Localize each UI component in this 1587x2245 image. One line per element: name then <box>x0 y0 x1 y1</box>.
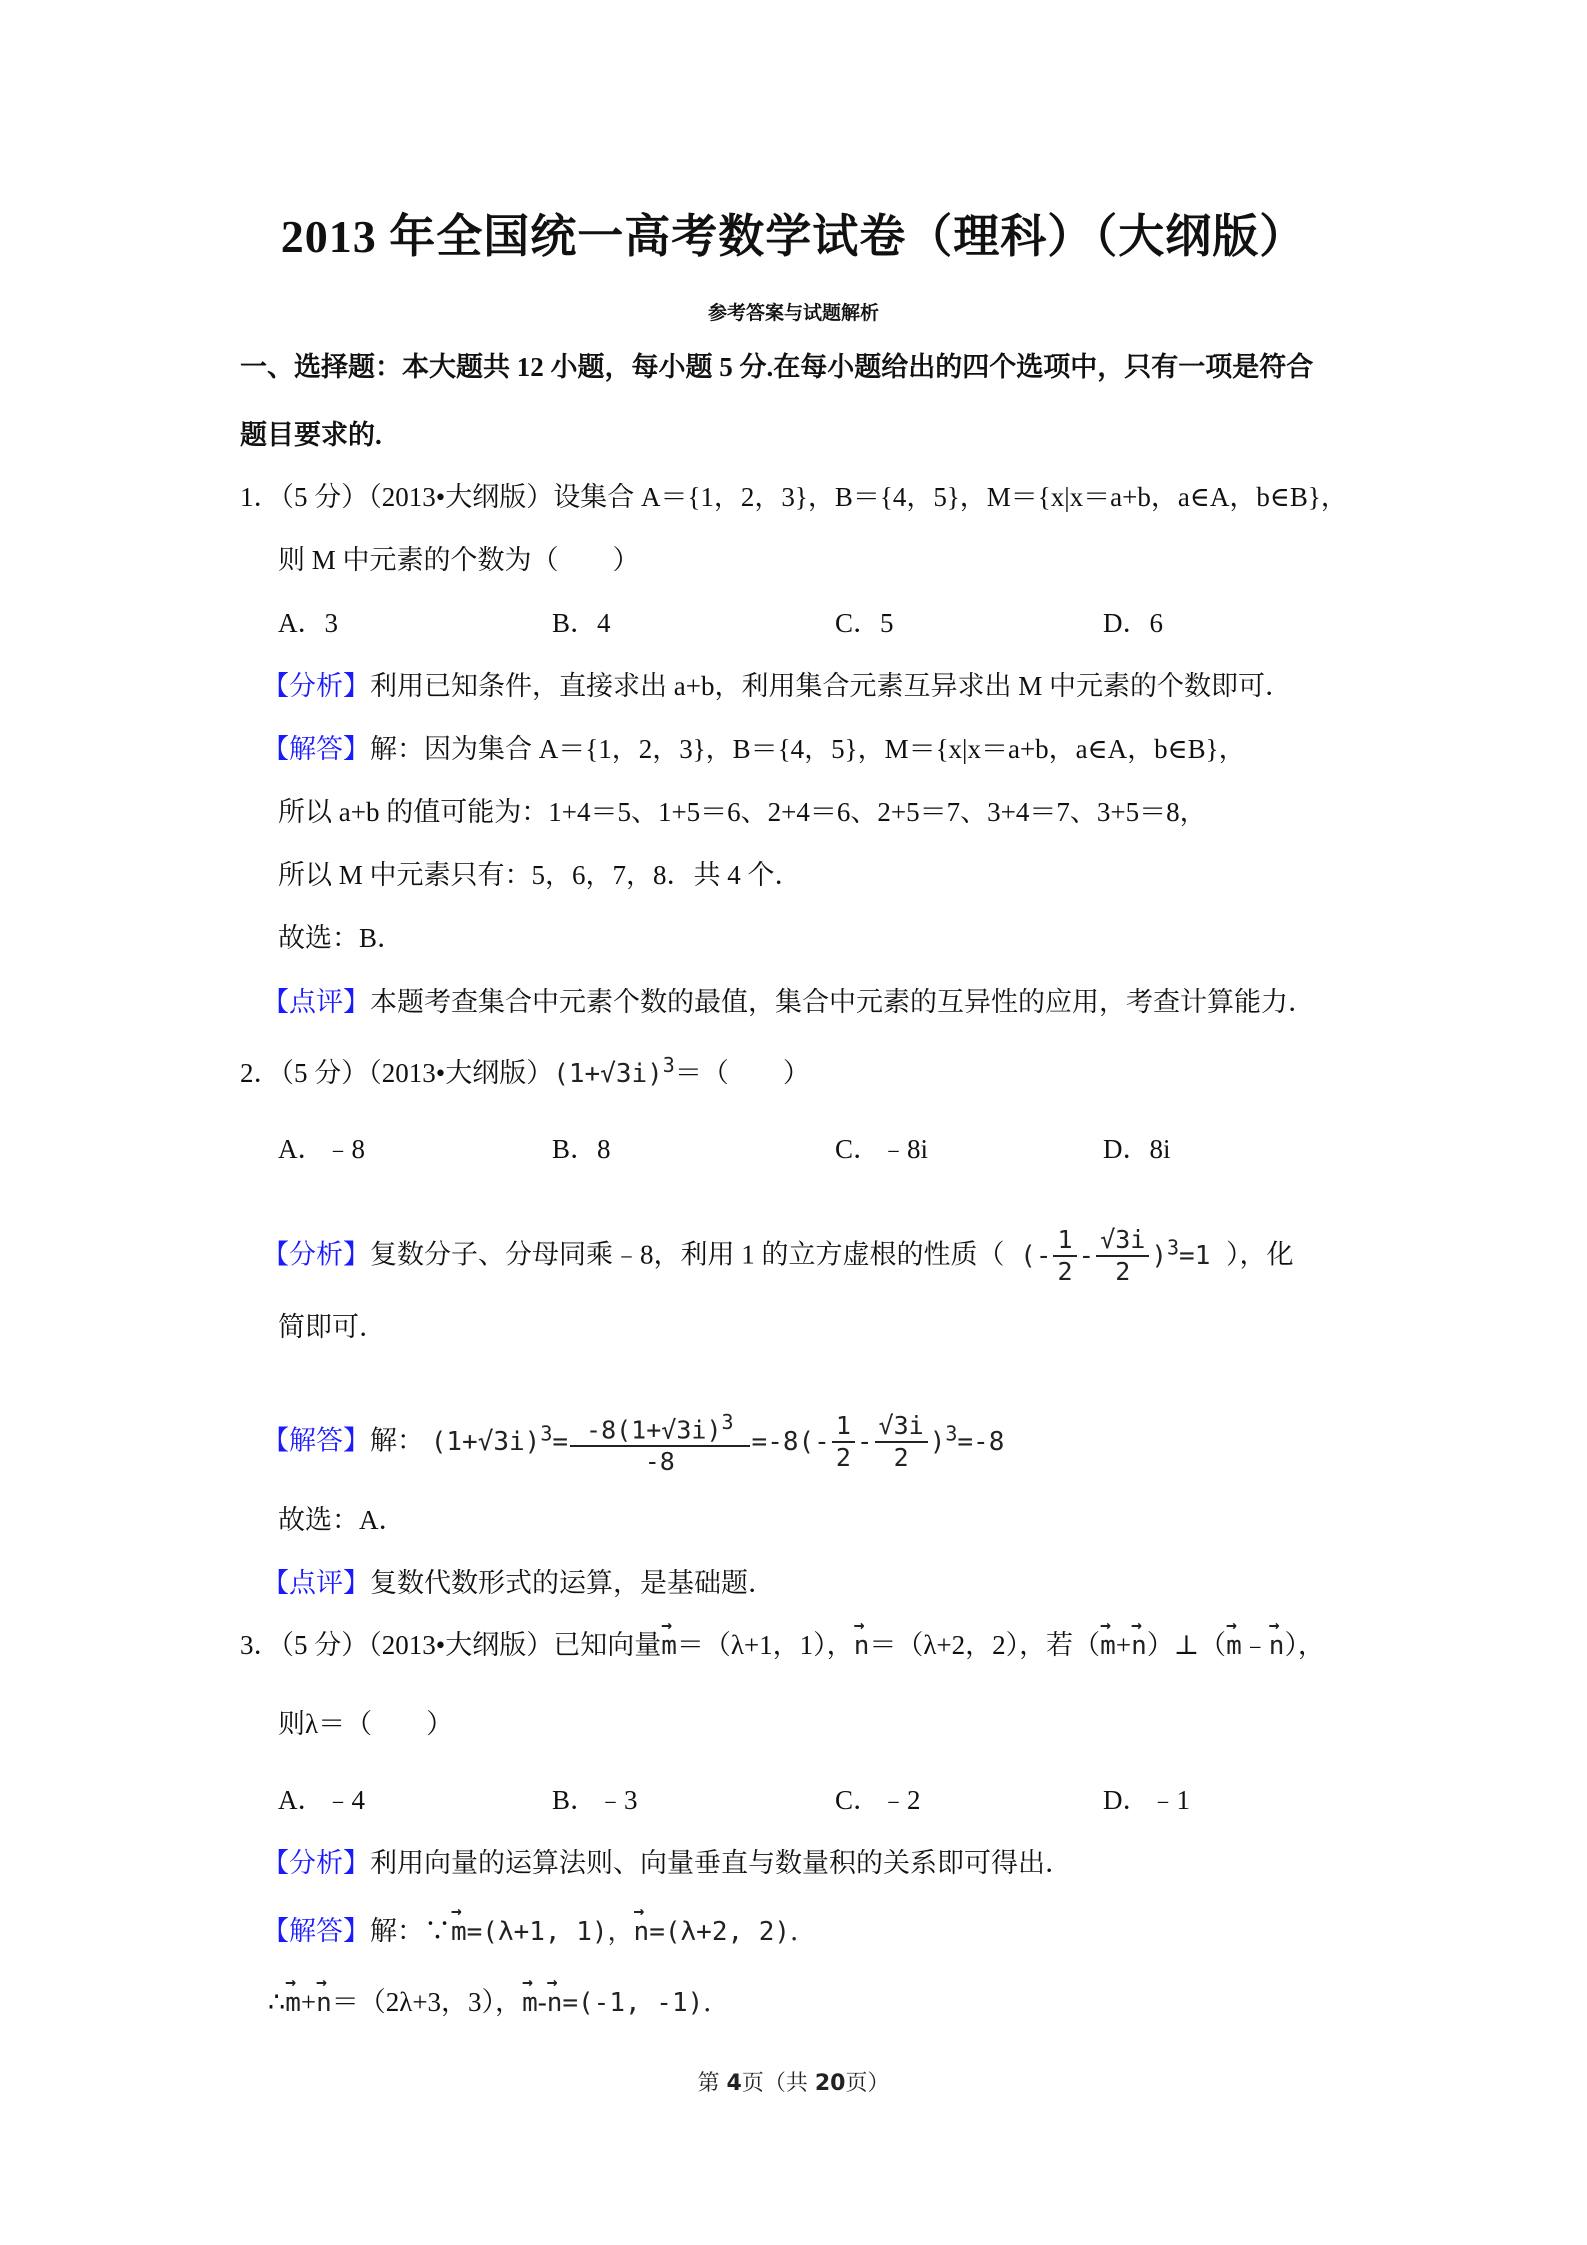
question-text: 设集合 A＝{1，2，3}，B＝{4，5}，M＝{x|x＝a+b，a∈A，b∈B… <box>553 482 1348 512</box>
question-1-comment: 【点评】本题考查集合中元素个数的最值，集合中元素的互异性的应用，考查计算能力． <box>262 985 1315 1019</box>
solution-label: 【解答】 <box>262 734 370 764</box>
analysis-label: 【分析】 <box>262 1240 370 1270</box>
option-d: D．6 <box>1103 606 1163 640</box>
page-title: 2013 年全国统一高考数学试卷（理科）（大纲版） <box>0 200 1587 266</box>
fraction: -8(1+√3i)3-8 <box>570 1407 750 1477</box>
option-b: B．﹣3 <box>552 1783 638 1817</box>
stem-exponent: 3 <box>663 1053 675 1077</box>
fraction: 12 <box>1053 1225 1076 1287</box>
analysis-text: 复数分子、分母同乘﹣8，利用 1 的立方虚根的性质（ <box>370 1240 1005 1270</box>
stem-formula: (1+√3i) <box>553 1059 663 1089</box>
question-3-solution: 【解答】解：∵m=(λ+1, 1)，n=(λ+2, 2)． <box>262 1914 816 1949</box>
solution-line: ∴m+n＝（2λ+3，3），m-n=(-1, -1)． <box>268 1985 729 2020</box>
total-pages: 20 <box>815 2071 846 2096</box>
option-b: B．8 <box>552 1132 611 1166</box>
option-d: D．﹣1 <box>1103 1783 1190 1817</box>
vector-m: m <box>1226 1629 1242 1663</box>
solution-prefix: 解： <box>370 1426 424 1456</box>
solution-answer: 故选：A． <box>278 1503 406 1537</box>
question-number: 2． <box>240 1058 281 1088</box>
option-a: A．﹣4 <box>278 1783 365 1817</box>
option-c: C．﹣2 <box>835 1783 921 1817</box>
solution-line: 所以 M 中元素只有：5，6，7，8．共 4 个． <box>278 858 802 892</box>
current-page: 4 <box>727 2071 742 2096</box>
solution-line: 所以 a+b 的值可能为：1+4＝5、1+5＝6、2+4＝6、2+5＝7、3+4… <box>278 795 1207 829</box>
section-heading-line2: 题目要求的. <box>240 418 382 452</box>
fraction: √3i2 <box>1096 1225 1149 1287</box>
question-3-analysis: 【分析】利用向量的运算法则、向量垂直与数量积的关系即可得出． <box>262 1846 1072 1880</box>
vector-m: m <box>285 1986 301 2020</box>
fraction: √3i2 <box>875 1411 928 1473</box>
question-1-solution: 【解答】解：因为集合 A＝{1，2，3}，B＝{4，5}，M＝{x|x＝a+b，… <box>262 732 1246 766</box>
comment-text: 复数代数形式的运算，是基础题． <box>370 1568 775 1598</box>
vector-n: n <box>1131 1629 1147 1663</box>
solution-formula: (1+√3i)3=-8(1+√3i)3-8=-8(-12-√3i2)3=-8 <box>431 1427 1005 1457</box>
question-3-stem: 3．（5 分）（2013•大纲版）已知向量m＝（λ+1，1），n＝（λ+2，2）… <box>240 1628 1325 1663</box>
vector-m: m <box>522 1986 538 2020</box>
analysis-formula: (-12-√3i2)3=1 <box>1005 1241 1227 1271</box>
vector-m: m <box>451 1915 467 1949</box>
vector-n: n <box>316 1986 332 2020</box>
analysis-text: 利用已知条件，直接求出 a+b，利用集合元素互异求出 M 中元素的个数即可． <box>370 671 1292 701</box>
vector-m: m <box>1100 1629 1116 1663</box>
comment-label: 【点评】 <box>262 1568 370 1598</box>
question-number: 1． <box>240 482 281 512</box>
question-3-stem-line2: 则λ＝（ ） <box>278 1707 453 1741</box>
analysis-tail: ），化 <box>1226 1240 1294 1270</box>
question-meta: （5 分）（2013•大纲版） <box>281 1630 554 1660</box>
solution-answer: 故选：B． <box>278 921 404 955</box>
stem-tail: ＝（ ） <box>675 1058 810 1088</box>
question-1-analysis: 【分析】利用已知条件，直接求出 a+b，利用集合元素互异求出 M 中元素的个数即… <box>262 669 1292 703</box>
question-meta: （5 分）（2013•大纲版） <box>281 1058 554 1088</box>
question-2-analysis: 【分析】复数分子、分母同乘﹣8，利用 1 的立方虚根的性质（ (-12-√3i2… <box>262 1212 1294 1291</box>
question-1-stem-line2: 则 M 中元素的个数为（ ） <box>278 543 640 577</box>
solution-label: 【解答】 <box>262 1426 370 1456</box>
vector-m: m <box>661 1629 677 1663</box>
option-c: C．5 <box>835 606 894 640</box>
solution-label: 【解答】 <box>262 1916 370 1946</box>
question-number: 3． <box>240 1630 281 1660</box>
comment-text: 本题考查集合中元素个数的最值，集合中元素的互异性的应用，考查计算能力． <box>370 987 1315 1017</box>
comment-label: 【点评】 <box>262 987 370 1017</box>
section-heading-line1: 一、选择题：本大题共 12 小题，每小题 5 分.在每小题给出的四个选项中，只有… <box>240 350 1313 384</box>
question-2-stem: 2．（5 分）（2013•大纲版）(1+√3i)3＝（ ） <box>240 1048 810 1091</box>
vector-n: n <box>634 1915 650 1949</box>
analysis-line2: 简即可． <box>278 1310 386 1344</box>
question-1-stem: 1．（5 分）（2013•大纲版）设集合 A＝{1，2，3}，B＝{4，5}，M… <box>240 480 1348 514</box>
question-2-comment: 【点评】复数代数形式的运算，是基础题． <box>262 1566 775 1600</box>
analysis-text: 利用向量的运算法则、向量垂直与数量积的关系即可得出． <box>370 1848 1072 1878</box>
option-a: A．3 <box>278 606 338 640</box>
option-a: A．﹣8 <box>278 1132 365 1166</box>
page-footer: 第 4页（共 20页） <box>0 2066 1587 2097</box>
question-2-solution: 【解答】解： (1+√3i)3=-8(1+√3i)3-8=-8(-12-√3i2… <box>262 1398 1004 1477</box>
option-d: D．8i <box>1103 1132 1171 1166</box>
analysis-label: 【分析】 <box>262 1848 370 1878</box>
option-c: C．﹣8i <box>835 1132 928 1166</box>
solution-line: 解：因为集合 A＝{1，2，3}，B＝{4，5}，M＝{x|x＝a+b，a∈A，… <box>370 734 1246 764</box>
option-b: B．4 <box>552 606 611 640</box>
vector-n: n <box>854 1629 870 1663</box>
vector-n: n <box>1269 1629 1285 1663</box>
vector-n: n <box>547 1986 563 2020</box>
question-meta: （5 分）（2013•大纲版） <box>281 482 554 512</box>
fraction: 12 <box>832 1411 855 1473</box>
page-subtitle: 参考答案与试题解析 <box>0 298 1587 325</box>
analysis-label: 【分析】 <box>262 671 370 701</box>
